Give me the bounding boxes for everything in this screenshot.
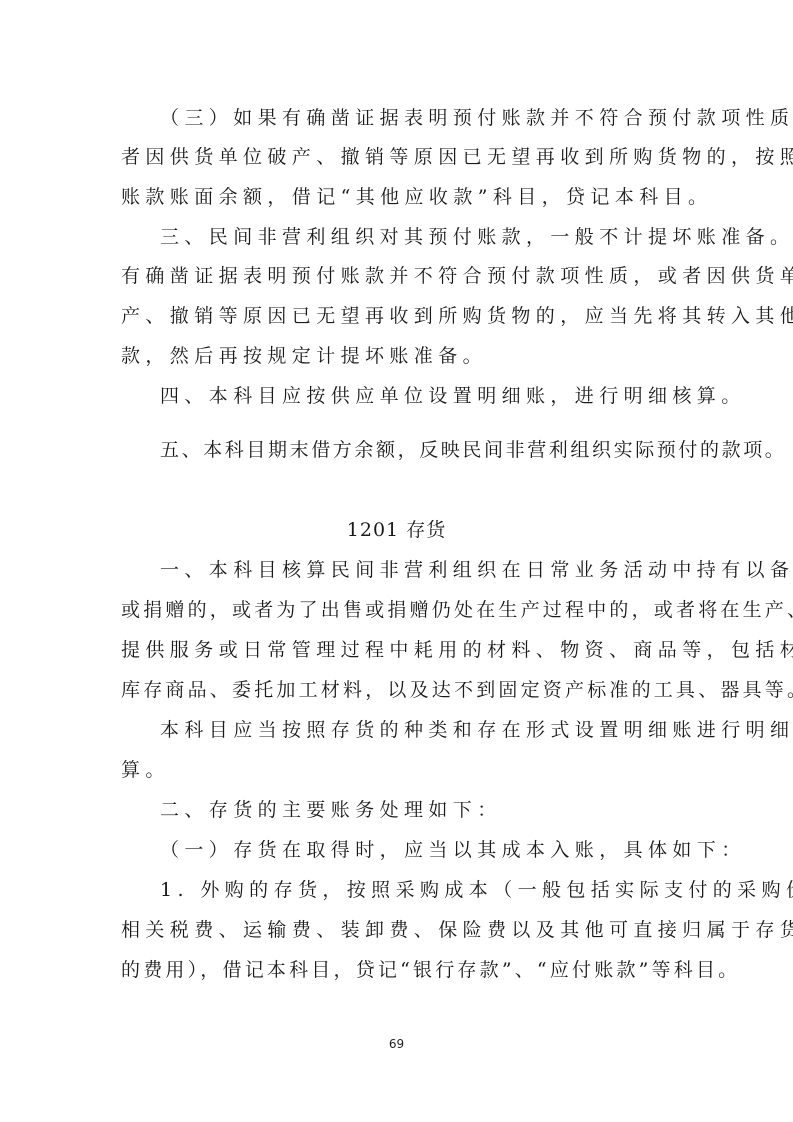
paragraph-line: 三、民间非营利组织对其预付账款，一般不计提坏账准备。如果 xyxy=(160,225,720,249)
paragraph-line: 二、存货的主要账务处理如下： xyxy=(160,798,720,822)
paragraph-line: 本科目应当按照存货的种类和存在形式设置明细账进行明细核 xyxy=(160,718,720,742)
paragraph-line: 或捐赠的，或者为了出售或捐赠仍处在生产过程中的，或者将在生产、 xyxy=(121,598,681,622)
paragraph-line: 1. 外购的存货，按照采购成本（一般包括实际支付的采购价格、 xyxy=(160,878,720,902)
paragraph-line: 五、本科目期末借方余额，反映民间非营利组织实际预付的款项。 xyxy=(160,438,720,462)
paragraph-line: 一、本科目核算民间非营利组织在日常业务活动中持有以备出售 xyxy=(160,558,720,582)
paragraph-line: 账款账面余额，借记“其他应收款”科目，贷记本科目。 xyxy=(121,185,681,209)
paragraph-line: 算。 xyxy=(121,758,681,782)
paragraph-line: 提供服务或日常管理过程中耗用的材料、物资、商品等，包括材料、 xyxy=(121,638,681,662)
paragraph-line: 者因供货单位破产、撤销等原因已无望再收到所购货物的，按照预付 xyxy=(121,145,681,169)
section-title: 1201 存货 xyxy=(0,518,793,542)
paragraph-line: 产、撤销等原因已无望再收到所购货物的，应当先将其转入其他应收 xyxy=(121,304,681,328)
paragraph-line: （一）存货在取得时，应当以其成本入账，具体如下： xyxy=(160,838,720,862)
paragraph-line: 的费用），借记本科目，贷记“银行存款”、“应付账款”等科目。 xyxy=(121,958,681,982)
paragraph-line: 有确凿证据表明预付账款并不符合预付款项性质，或者因供货单位破 xyxy=(121,264,681,288)
paragraph-line: 库存商品、委托加工材料，以及达不到固定资产标准的工具、器具等。 xyxy=(121,678,681,702)
paragraph-line: 相关税费、运输费、装卸费、保险费以及其他可直接归属于存货采购 xyxy=(121,918,681,942)
paragraph-line: 款，然后再按规定计提坏账准备。 xyxy=(121,344,681,368)
document-page: （三）如果有确凿证据表明预付账款并不符合预付款项性质，或 者因供货单位破产、撤销… xyxy=(0,0,793,1122)
page-number: 69 xyxy=(0,1037,793,1051)
paragraph-line: （三）如果有确凿证据表明预付账款并不符合预付款项性质，或 xyxy=(160,106,720,130)
paragraph-line: 四、本科目应按供应单位设置明细账，进行明细核算。 xyxy=(160,384,720,408)
